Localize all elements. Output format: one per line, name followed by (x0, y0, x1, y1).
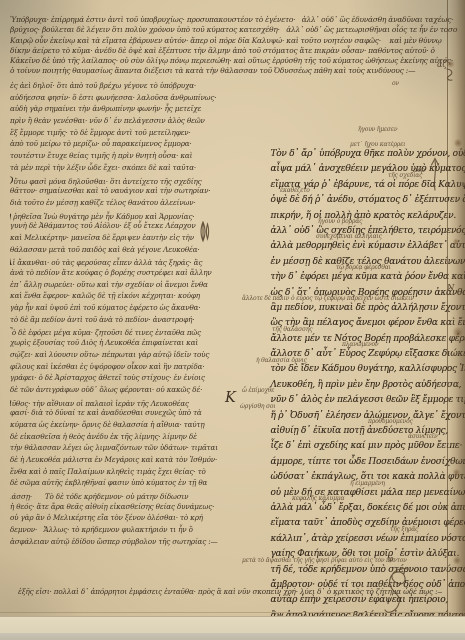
scholia-line: κύματα ὡς ἐκείνην· ὄρνις δὲ θαλασσία ἡ α… (10, 420, 221, 432)
interlinear-gloss: ἄλλοτε δὲ πάλιν ὁ εὖρος τῷ ζεφύρῳ παρεῖχ… (242, 295, 414, 302)
margin-note-phi: φ· (388, 555, 395, 563)
scholia-line: ἡ θεός· ἅτε ἄρα θεᾶς αἰθυίῃ εἰκασθείσης … (10, 502, 221, 514)
interlinear-gloss: ἡ εἱμαρμένη (350, 480, 385, 487)
interlinear-gloss: ἐκαθέζετο (280, 187, 310, 194)
top-scholia-line: δίκην ἀείρετο τὸ κῦμα· ἀνέδυ δὲ ὀψὲ καὶ … (10, 46, 458, 56)
scholia-line: δὲ σῶμα αὐτῆς ἐκβληθῆναί φασιν ὑπὸ κύματ… (10, 478, 221, 490)
scholia-line: δὲ εἰκασθεῖσα ἡ θεὸς ἀνέδυ ἐκ τῆς λίμνης… (10, 432, 221, 444)
interlinear-gloss: τῷ βορέᾳ φέρεσθαι (336, 264, 391, 271)
scholia-line: τὸ δὲ ἂμ πεδίον ἀντὶ τοῦ ἀνὰ τὸ πεδίον· … (10, 315, 221, 327)
scholia-line: καὶ ἔνθα ἔφερον· καλῶς δὲ τῇ εἰκόνι κέχρ… (10, 291, 221, 303)
verse-line: τῆς σχεδίας ἀλλὰ μεθορμηθεὶς ἐνὶ κύμασιν… (240, 176, 459, 191)
interlinear-gloss: συνεχόμεναι ἀλλήλαις (316, 233, 382, 240)
scholia-line: μῦθος· τὴν αἴθυιαν οἱ παλαιοὶ ἱερὰν τῆς … (10, 397, 221, 409)
main-text-column: ον Τὸν δ᾽ ἄρ᾽ ὑπόβρυχα θῆκε πολὺν χρόνον… (240, 84, 459, 577)
scholia-line: λάσσῃ· Τὸ δὲ τόδε κρήδεμνον· οὐ μάτην δί… (10, 490, 221, 502)
top-scholia-line: ὁ τοίνυν ποιητὴς θαυμασίως ἅπαντα διέξει… (10, 66, 458, 76)
interlinear-gloss: ὠργίσθη σοι (240, 403, 275, 410)
scholia-line: Αἱ ἄκανθαι· οὐ τὰς φερούσας εἶπεν ἀλλὰ τ… (10, 256, 221, 268)
verse-line: αἶψα μάλ᾽ ἀνσχεθέειν μεγάλου ὑπὸ κύματος… (240, 99, 459, 114)
interlinear-gloss: μετ᾽ ἤχου κατέρρει (350, 141, 405, 148)
verse-line: ἀσυνετεῖν ἀλλὰ μάλ᾽ ὧδ᾽ ἔρξαι, δοκέεις δ… (240, 438, 459, 453)
top-scholia-line: βρύχιος· βούλεται δὲ λέγειν ὅτι πολὺν χρ… (10, 25, 458, 35)
foxing-spot (453, 468, 460, 477)
scholia-line: σῴζει· καὶ λύουσιν οὕτω· πέπρωται γὰρ αὐ… (10, 350, 221, 362)
foxing-spot (453, 238, 459, 245)
interlinear-gloss: τῆς θαλάσσης (272, 326, 312, 333)
verse-line: συνεχόμεναι ἀλλήλαις ἂμ πεδίον, πυκιναὶ … (240, 238, 459, 253)
scholia-line: φασί· διὰ τὸ δῦναί τε καὶ ἀναδύεσθαι συν… (10, 408, 221, 420)
scholia-line: ἀσφάλειαν αὐτῷ ἐδίδου ὥσπερ σύμβολον τῆς… (10, 537, 221, 549)
interlinear-gloss: ἡ θαλασσία ὄρνις (256, 357, 307, 364)
foxing-spot (446, 60, 455, 68)
verse-line: ἀλλ᾽ οὐδ᾽ ὣς σχεδίης ἐπελήθετο, τειρόμεν… (240, 161, 459, 176)
scholia-line: γὰρ ἦν καὶ ὑψοῦ ἐπὶ τοῦ κύματος ἐφέρετο … (10, 303, 221, 315)
verse-line: τῷ βορέᾳ φέρεσθαι ἄλλοτε μέν τε Νότος Βο… (240, 269, 459, 284)
scholia-line: αὐδὴ γὰρ σημαίνει τὴν ἀνθρωπίνην φωνήν· … (10, 104, 221, 116)
scholia-line: ἀνὰ τὸ πεδίον ἅτε κούφας ὁ βορέης συστρέ… (10, 268, 221, 280)
scribal-flourish-icon (378, 565, 414, 617)
interlinear-gloss: ον (392, 80, 399, 87)
margin-note-arrow-label: πορ (413, 166, 425, 174)
interlinear-gloss: πλανώμενον (342, 341, 378, 348)
foxing-spot (453, 556, 461, 565)
photo-bottom-edge (0, 633, 465, 640)
margin-note-label: πορ (413, 166, 425, 174)
manuscript-photo: Ὑπόβρυχα· ἐπίρρημά ἐστιν ἀντὶ τοῦ ὑποβρυ… (0, 0, 465, 640)
top-scholia-line: Ὑπόβρυχα· ἐπίρρημά ἐστιν ἀντὶ τοῦ ὑποβρυ… (10, 15, 458, 25)
verse-line: ἄμβροτον· οὐδέ τί τοι παθέειν δέος οὐδ᾽ … (240, 515, 459, 530)
interlinear-gloss: ἀσυνετεῖν (408, 433, 437, 440)
scholia-line: ἒξ ἔμμορε τιμῆς· τὸ δὲ ἔμμορε ἀντὶ τοῦ μ… (10, 128, 221, 140)
interlinear-gloss: κεφαλῆς κάλυμμα (292, 495, 344, 502)
scholia-line: δεμνον· Ἄλλως· τὸ κρήδεμνον φυλακτήριόν … (10, 525, 221, 537)
scholia-line: χωρὶς ἐξουσίας τοῦ Διὸς ἡ Λευκοθέα ἐπιφα… (10, 338, 221, 350)
scholia-line: διὰ τοῦτο ἐν μέσσῃ καθῖζε τέλος θανάτου … (10, 198, 221, 210)
verse-line: μετ᾽ ἤχου κατέρρει πικρήν, ἥ οἱ πολλὴ ἀπ… (240, 146, 459, 161)
column-divider-leaf-icon (199, 221, 211, 242)
scholia-line: γράφει· ὁ δὲ Ἀρίσταρχος ἀθετεῖ τοὺς στίχ… (10, 373, 221, 385)
scholia-line: ἐπ᾽ ἄλλῃ σωρεύει· οὕτω καὶ τὴν σχεδίαν ο… (10, 280, 221, 292)
scholia-line: πρὶν ἢ θεὰν γενέσθαι· νῦν δ᾽ ἐν πελάγεσσ… (10, 116, 221, 128)
scholia-line: Οὕτω φασὶ μόνα δηλοῦσθαι· ὅτι ἀντείχετο … (10, 175, 221, 187)
scholia-line: τὴν θάλασσαν λέγει ὡς λιμναζόντων τῶν ὑδ… (10, 443, 221, 455)
scholia-line: δὲ ἡ Λευκοθέα μάλιστα ἐν Μεγάροις καὶ κα… (10, 455, 221, 467)
scholia-line: ἔνθα καὶ ὁ παῖς Παλαίμων κληθεὶς τιμὰς ἔ… (10, 467, 221, 479)
interlinear-gloss: μετὰ τὸ ἅψασθαι τῆς γῆς φησὶ ῥῖψαι αὐτὸ … (242, 557, 407, 564)
verse-line: τῆς ξηρᾶς αὐτὰρ ἐπὴν χείρεσσιν ἐφάψεαι ἠ… (240, 530, 459, 545)
scholia-line: ἡ ῥηθεῖσα Ἰνὼ θυγάτηρ μὲν ἦν Κάδμου καὶ … (10, 210, 221, 222)
interlinear-gloss: προθυμούμενος (368, 418, 413, 425)
verse-line: ον Τὸν δ᾽ ἄρ᾽ ὑπόβρυχα θῆκε πολὺν χρόνον… (240, 84, 459, 99)
interlinear-gloss: ὦ ἐπίμοχθε (242, 387, 274, 394)
verse-line: ὠργίσθη σοι ὠδύσατ᾽ ἐκπάγλως, ὅτι τοι κα… (240, 407, 459, 422)
scholia-line: τὰ μὲν περὶ τὴν λέξιν ὧδε ἔχει· σκόπει δ… (10, 163, 221, 175)
verse-line: εἵματα ταῦτ᾽ ἀποδὺς σχεδίην ἀνέμοισι φέρ… (240, 453, 459, 468)
verse-line: μετὰ τὸ ἅψασθαι τῆς γῆς φησὶ ῥῖψαι αὐτὸ … (240, 561, 459, 576)
scholia-line: δὲ τῶν ἀντιγράφων οὐδ᾽ ὅλως φέρονται· οὐ… (10, 385, 221, 397)
scholia-line: Τὸ δὲ ἐφόρει μέγα κῦμα· ζητοῦσι δέ τινες… (10, 326, 221, 338)
foxing-spot (454, 138, 462, 148)
interlinear-gloss: ἤγουν ἤμεσεν (358, 126, 397, 133)
scholia-line: ἀπὸ τοῦ μείρω τὸ μερίζω· οὗ παρακείμενος… (10, 139, 221, 151)
left-scholia-column: ἐς ἀεὶ δηλοῖ· ὅτι ἀπὸ τοῦ βρέχω γέγονε τ… (10, 81, 221, 549)
scholia-line: τουτέστιν ἔτυχε θείας τιμῆς ἡ πρὶν θνητὴ… (10, 151, 221, 163)
interlinear-gloss: ἤγουν ὁ βορρᾶς (318, 218, 362, 225)
scholia-line: οὐ γὰρ ἂν ὁ Μελικέρτης εἴα τὸν ξένον ὀλέ… (10, 513, 221, 525)
foxing-spot (453, 326, 463, 339)
scholia-line: φίλους καὶ ἱκέσθαι ἐς ὑψόροφον οἶκον καὶ… (10, 362, 221, 374)
verse-line: εἵματα γάρ ῥ᾽ ἐβάρυνε, τά οἱ πόρε δῖα Κα… (240, 115, 459, 130)
scholia-line: θᾶττον· σημαίνεσθαι καὶ τὸ ναυάγιον καὶ … (10, 186, 221, 198)
verse-line: ἡ εἱμαρμένη γαίης Φαιήκων, ὅθι τοι μοῖρ᾽… (240, 484, 459, 499)
scholia-line: θάλασσαν μετὰ τοῦ παιδὸς καὶ θεὰ γέγονε … (10, 245, 221, 257)
top-scholia-block: Ὑπόβρυχα· ἐπίρρημά ἐστιν ἀντὶ τοῦ ὑποβρυ… (10, 15, 458, 77)
verse-line: ἄλλοτε δὲ πάλιν ὁ εὖρος τῷ ζεφύρῳ παρεῖχ… (240, 299, 459, 314)
margin-note-label: φ· (388, 555, 395, 563)
top-scholia-line: Καιρῷ οὖν ἐκείνῳ καὶ τὰ εἵματα ἐβάρυνεν … (10, 36, 458, 46)
verse-line: ἡ θαλασσία ὄρνις αἰθυίῃ δ᾽ ἐϊκυῖα ποτῇ ἀ… (240, 361, 459, 376)
up-arrow-icon (429, 156, 441, 192)
page-bottom-margin-strip (0, 616, 465, 634)
top-scholia-line: Κἀκεῖνο δὲ ὑπὸ τῆς λαίλαπος· οὐ σὺν ὀλίγ… (10, 56, 458, 66)
verse-line: κεφαλῆς κάλυμμα τῆ δέ, τόδε κρήδεμνον ὑπ… (240, 500, 459, 515)
verse-initial-letter: Κ (225, 390, 236, 406)
scholia-line: αὐδήεσσα φησίν· ὅ ἐστι φωνήεσσα· λαλοῦσα… (10, 93, 221, 105)
verse-line: ἐκαθέζετο ἐν μέσσῃ δὲ καθῖζε τέλος θανάτ… (240, 192, 459, 207)
scholia-line: γυνὴ δὲ Ἀθάμαντος τοῦ Αἰόλου· ἐξ οὗ ἔτεκ… (10, 221, 221, 233)
interlinear-gloss: τῆς ξηρᾶς (390, 526, 418, 533)
page-edge-shadow (447, 0, 465, 633)
scholia-line: καὶ Μελικέρτην· μανεῖσα δὲ ἔρριψεν ἑαυτὴ… (10, 233, 221, 245)
scholia-line: ἐς ἀεὶ δηλοῖ· ὅτι ἀπὸ τοῦ βρέχω γέγονε τ… (10, 81, 221, 93)
